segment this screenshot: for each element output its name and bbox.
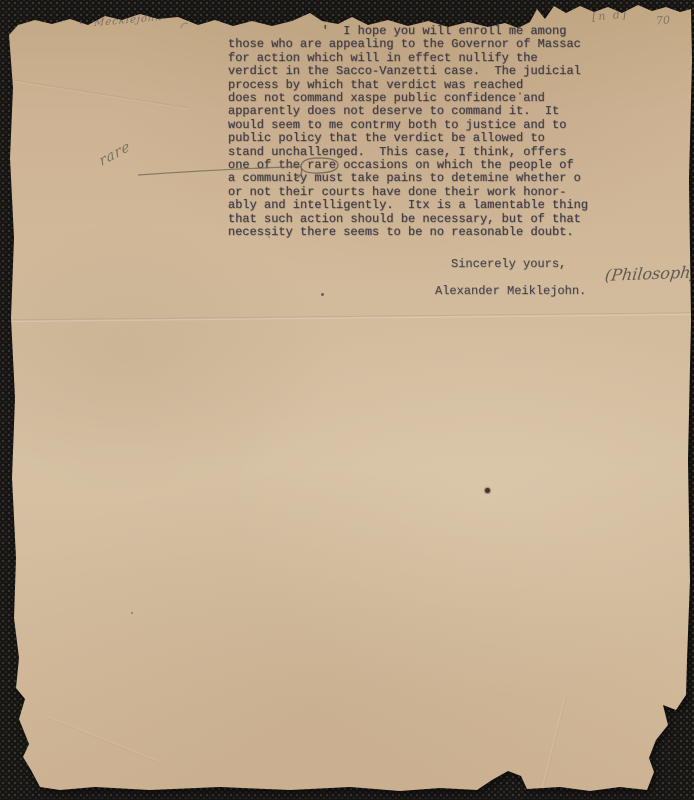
- typed-line: ably and intelligently. Itx is a lamenta…: [228, 199, 588, 212]
- fold-crease: [0, 312, 694, 322]
- typed-line: necessity there seems to be no reasonabl…: [228, 226, 588, 239]
- typed-line: public policy that the verdict be allowe…: [228, 132, 588, 145]
- pencil-annotation-name: Mecklejohn: [94, 12, 164, 29]
- red-speck: [519, 92, 521, 95]
- typed-line: verdict in the Sacco-Vanzetti case. The …: [228, 65, 588, 78]
- ink-speck: [485, 488, 490, 493]
- letter-signature: Alexander Meiklejohn.: [435, 284, 586, 298]
- pencil-flourish: [80, 18, 90, 24]
- pencil-annotation-philosophy: (Philosophy): [604, 262, 694, 285]
- paper-speck: [268, 236, 270, 238]
- bottom-right-crease: [540, 697, 567, 796]
- letter-document: Mecklejohn [n d] 70 rare ' I hope you wi…: [0, 0, 694, 800]
- letter-body: ' I hope you will enroll me amongthose w…: [228, 25, 588, 240]
- pencil-annotation-no-date: [n d]: [592, 7, 629, 23]
- paper-shadow: Mecklejohn [n d] 70 rare ' I hope you wi…: [0, 0, 694, 800]
- corner-crease: [0, 77, 188, 109]
- pencil-tick: [181, 23, 188, 28]
- pencil-annotation-number: 70: [656, 14, 671, 28]
- backing-surface: Mecklejohn [n d] 70 rare ' I hope you wi…: [0, 0, 694, 800]
- paper-speck: [321, 293, 324, 296]
- typed-line: a community must take pains to detemine …: [228, 172, 588, 185]
- paper-speck: [131, 612, 133, 614]
- bottom-left-crease: [46, 716, 158, 763]
- typed-line: those who are appealing to the Governor …: [228, 38, 588, 51]
- typed-line: apparently does not deserve to command i…: [228, 105, 588, 118]
- pencil-margin-word: rare: [98, 138, 133, 170]
- letter-closing: Sincerely yours,: [451, 257, 566, 271]
